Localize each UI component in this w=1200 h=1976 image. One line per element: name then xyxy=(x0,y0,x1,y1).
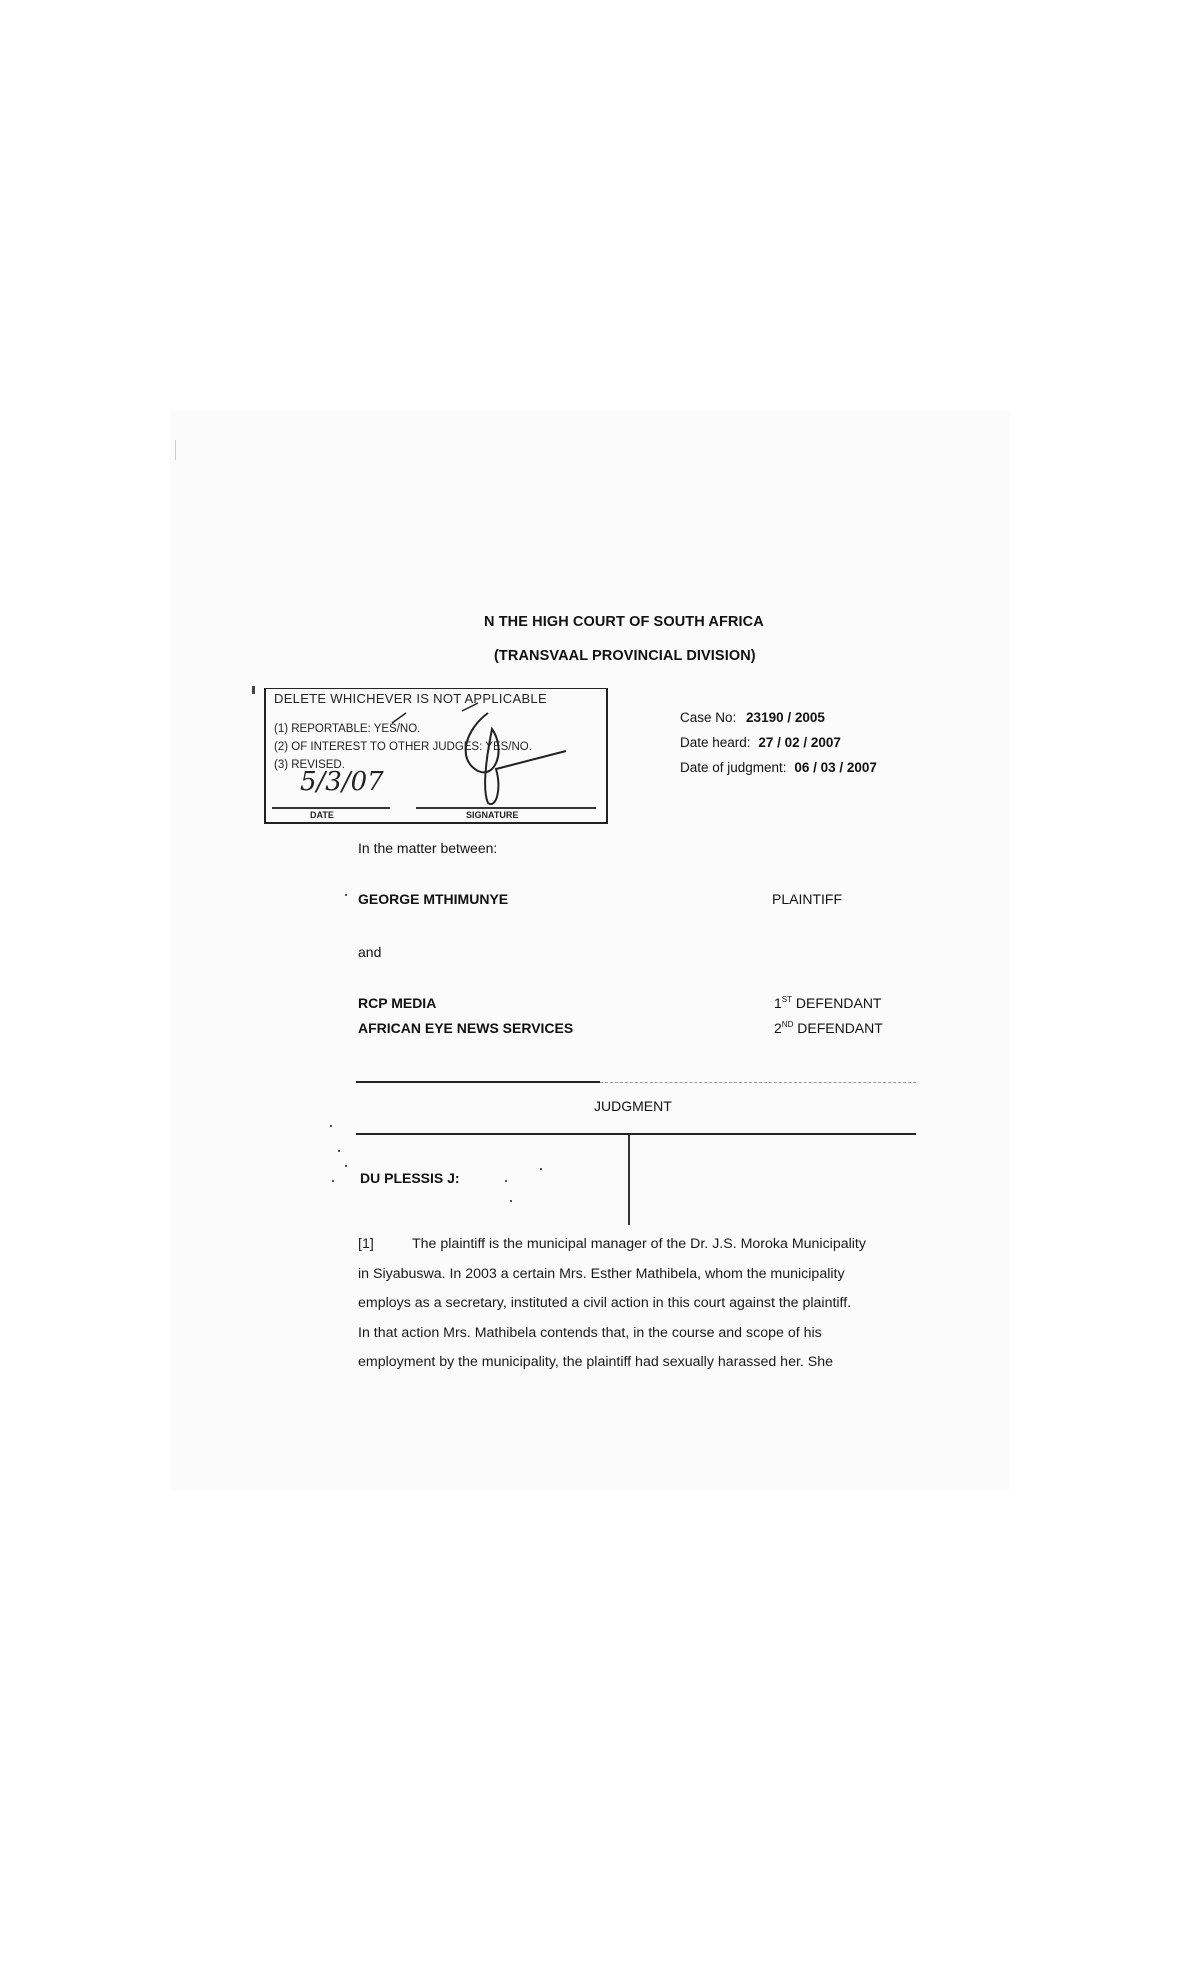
scan-speck xyxy=(330,1125,332,1127)
date-heard-value: 27 / 02 / 2007 xyxy=(758,735,841,750)
paragraph-1: [1]The plaintiff is the municipal manage… xyxy=(358,1230,918,1378)
scan-speck xyxy=(510,1200,512,1202)
defendant-1-name: RCP MEDIA xyxy=(358,995,436,1011)
date-heard-label: Date heard: xyxy=(680,735,751,750)
case-no-label: Case No: xyxy=(680,710,736,725)
date-of-judgment: Date of judgment: 06 / 03 / 2007 xyxy=(680,760,877,775)
defendant-1-role: 1ST DEFENDANT xyxy=(774,995,881,1011)
paragraph-line: employs as a secretary, instituted a civ… xyxy=(358,1289,918,1319)
defendant-2-name: AFRICAN EYE NEWS SERVICES xyxy=(358,1020,573,1036)
scan-speck xyxy=(345,1165,347,1167)
scan-artifact-line xyxy=(628,1135,630,1225)
signature-icon xyxy=(426,699,586,811)
stamp-corner-mark xyxy=(252,686,255,694)
scan-edge-mark xyxy=(175,440,176,460)
court-title: N THE HIGH COURT OF SOUTH AFRICA xyxy=(484,614,764,630)
judgment-top-rule xyxy=(356,1081,600,1083)
date-label: DATE xyxy=(310,810,334,820)
date-judgment-value: 06 / 03 / 2007 xyxy=(794,760,877,775)
paragraph-number: [1] xyxy=(358,1230,412,1260)
judge-name: DU PLESSIS J: xyxy=(360,1170,460,1186)
case-no-value: 23190 / 2005 xyxy=(746,710,825,725)
judgment-heading: JUDGMENT xyxy=(594,1098,672,1114)
judgment-bottom-rule xyxy=(356,1133,916,1135)
judgment-top-rule-faded xyxy=(600,1082,916,1084)
date-judgment-label: Date of judgment: xyxy=(680,760,787,775)
reportability-stamp: DELETE WHICHEVER IS NOT APPLICABLE (1) R… xyxy=(264,688,608,824)
scan-speck xyxy=(540,1168,542,1170)
scan-speck xyxy=(332,1180,334,1182)
paragraph-line: in Siyabuswa. In 2003 a certain Mrs. Est… xyxy=(358,1260,918,1290)
scan-speck xyxy=(345,894,347,896)
handwritten-date: 5/3/07 xyxy=(300,767,384,797)
date-line xyxy=(272,807,390,809)
defendant-2-role: 2ND DEFENDANT xyxy=(774,1020,883,1036)
conjunction-and: and xyxy=(358,944,381,960)
signature-label: SIGNATURE xyxy=(466,810,518,820)
case-number: Case No: 23190 / 2005 xyxy=(680,710,825,725)
court-division: (TRANSVAAL PROVINCIAL DIVISION) xyxy=(494,648,756,664)
scan-speck xyxy=(505,1180,507,1182)
paragraph-line: [1]The plaintiff is the municipal manage… xyxy=(358,1230,918,1260)
date-heard: Date heard: 27 / 02 / 2007 xyxy=(680,735,841,750)
handwritten-tick-icon xyxy=(390,711,410,725)
matter-intro: In the matter between: xyxy=(358,840,497,856)
plaintiff-name: GEORGE MTHIMUNYE xyxy=(358,891,508,907)
plaintiff-role: PLAINTIFF xyxy=(772,891,842,907)
paragraph-line: In that action Mrs. Mathibela contends t… xyxy=(358,1319,918,1349)
paragraph-line: employment by the municipality, the plai… xyxy=(358,1348,918,1378)
scan-speck xyxy=(338,1150,340,1152)
